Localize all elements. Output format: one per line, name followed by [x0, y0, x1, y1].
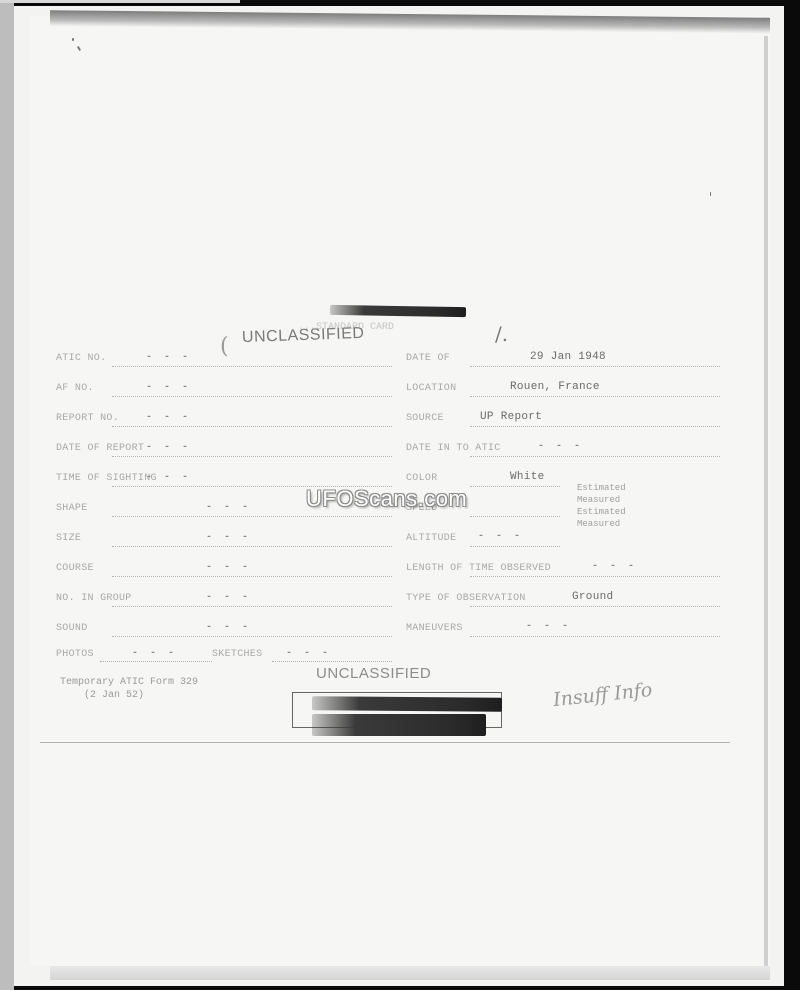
af-no-rule [112, 396, 392, 397]
stamp-bracket: ( [220, 334, 229, 359]
date-in-to-atic-label: DATE IN TO ATIC [406, 443, 501, 454]
sketches-rule [272, 661, 392, 662]
qualifier-note: Estimated [577, 506, 626, 518]
course-rule [112, 576, 392, 577]
maneuvers-value: - - - [526, 621, 571, 632]
shape-value: - - - [206, 502, 251, 513]
source-label: SOURCE [406, 413, 444, 424]
date-of-report-label: DATE OF REPORT [56, 443, 144, 454]
maneuvers-rule [470, 636, 720, 637]
atic-no-label: ATIC NO. [56, 353, 106, 364]
date-of-label: DATE OF [406, 353, 450, 364]
af-no-label: AF NO. [56, 383, 94, 394]
handwritten-mark: /. [495, 322, 508, 346]
redaction-bar [312, 714, 486, 736]
atic-no-rule [112, 366, 392, 367]
form-name: Temporary ATIC Form 329 [60, 677, 198, 688]
time-of-sighting-value: - - - [146, 472, 191, 483]
size-rule [112, 546, 392, 547]
size-label: SIZE [56, 533, 81, 544]
speed-altitude-qualifiers: Estimated Measured Estimated Measured [577, 482, 626, 530]
af-no-value: - - - [146, 382, 191, 393]
sketches-value: - - - [286, 648, 331, 659]
date-of-report-rule [112, 456, 392, 457]
date-of-value: 29 Jan 1948 [530, 351, 606, 363]
time-of-sighting-label: TIME OF SIGHTING [56, 473, 157, 484]
report-no-value: - - - [146, 412, 191, 423]
date-in-to-atic-value: - - - [538, 441, 583, 452]
length-of-time-observed-rule [470, 576, 720, 577]
form-date: (2 Jan 52) [84, 690, 144, 701]
qualifier-note: Measured [577, 518, 626, 530]
location-value: Rouen, France [510, 381, 600, 393]
no-in-group-label: NO. IN GROUP [56, 593, 132, 604]
altitude-rule [470, 546, 560, 547]
altitude-value: - - - [478, 531, 523, 542]
speck [72, 38, 74, 41]
no-in-group-value: - - - [206, 592, 251, 603]
color-value: White [510, 471, 545, 483]
type-of-observation-label: TYPE OF OBSERVATION [406, 593, 526, 604]
photos-value: - - - [132, 648, 177, 659]
date-of-report-value: - - - [146, 442, 191, 453]
photos-label: PHOTOS [56, 649, 94, 660]
type-of-observation-value: Ground [572, 591, 613, 603]
report-no-rule [112, 426, 392, 427]
shape-label: SHAPE [56, 503, 88, 514]
date-in-to-atic-rule [470, 456, 720, 457]
altitude-label: ALTITUDE [406, 533, 456, 544]
date-of-rule [470, 366, 720, 367]
course-label: COURSE [56, 563, 94, 574]
type-of-observation-rule [470, 606, 720, 607]
sound-label: SOUND [56, 623, 88, 634]
photos-rule [100, 661, 212, 662]
source-value: UP Report [480, 411, 542, 423]
color-rule [470, 486, 560, 487]
bottom-divider [40, 742, 730, 743]
scan-shadow-bottom [50, 966, 770, 980]
location-rule [470, 396, 720, 397]
no-in-group-rule [112, 606, 392, 607]
sound-rule [112, 636, 392, 637]
qualifier-note: Estimated [577, 482, 626, 494]
qualifier-note: Measured [577, 494, 626, 506]
report-no-label: REPORT NO. [56, 413, 119, 424]
maneuvers-label: MANEUVERS [406, 623, 463, 634]
size-value: - - - [206, 532, 251, 543]
length-of-time-observed-label: LENGTH OF TIME OBSERVED [406, 563, 551, 574]
location-label: LOCATION [406, 383, 456, 394]
scan-border-top [0, 0, 240, 3]
sketches-label: SKETCHES [212, 649, 262, 660]
classification-stamp-bottom: UNCLASSIFIED [316, 665, 431, 682]
length-of-time-observed-value: - - - [592, 561, 637, 572]
speed-rule [470, 516, 560, 517]
redaction-bar [312, 696, 502, 712]
scan-border-left [0, 0, 14, 990]
shape-rule [112, 516, 392, 517]
course-value: - - - [206, 562, 251, 573]
color-label: COLOR [406, 473, 438, 484]
sound-value: - - - [206, 622, 251, 633]
source-rule [470, 426, 720, 427]
atic-no-value: - - - [146, 352, 191, 363]
watermark: UFOScans.com [306, 486, 467, 512]
scan-shadow-right [764, 36, 768, 966]
speck [710, 192, 711, 196]
